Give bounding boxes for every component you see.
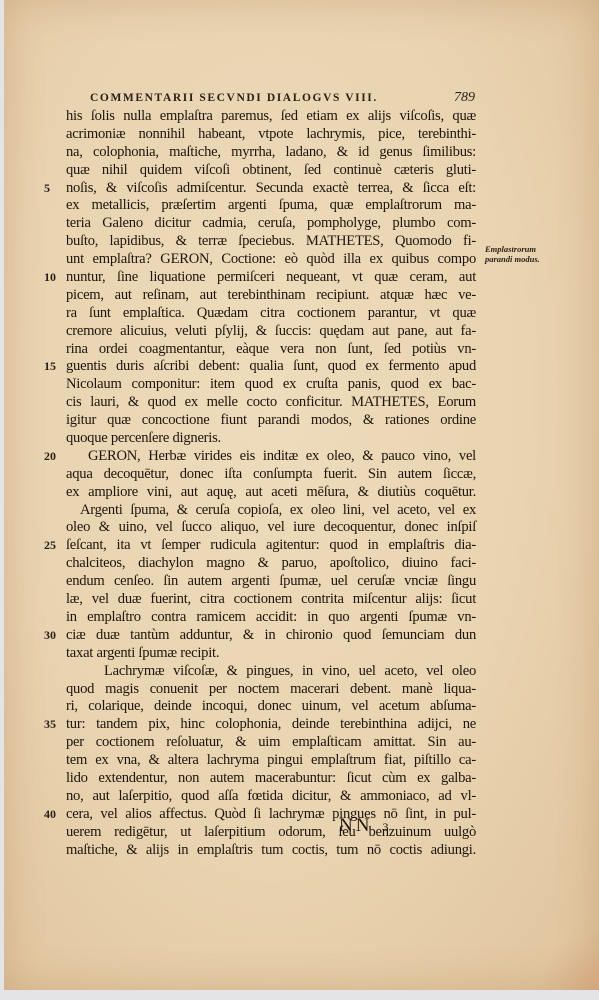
text-line: Argenti ſpuma, & ceruſa copioſa, ex oleo… [66, 502, 476, 520]
text-line: 5noſis, & viſcoſis admiſcentur. Secunda … [66, 180, 476, 198]
signature-letters: NN [339, 815, 372, 836]
signature-mark: NN3 [339, 815, 388, 837]
text-line: 30ciæ duæ tantùm adduntur, & in chironio… [66, 627, 476, 645]
text-line: picem, aut reſinam, aut terebinthinam re… [66, 287, 476, 305]
text-line: cremore alicuius, veluti pſylij, & ſucci… [66, 323, 476, 341]
text-line: quæ nihil quidem viſcoſi obtinent, ſed c… [66, 162, 476, 180]
margin-note-line-1: Emplastrorum [485, 244, 565, 254]
page-stain [539, 930, 599, 990]
line-number: 15 [44, 358, 56, 376]
text-line: igitur quæ concoctione fiunt parandi mod… [66, 412, 476, 430]
text-line: teria Galeno dicitur cadmia, ceruſa, pom… [66, 215, 476, 233]
text-line: in emplaſtro contra ramicem accidit: in … [66, 609, 476, 627]
margin-note-line-2: parandi modus. [485, 254, 565, 264]
text-line: na, colophonia, maſtiche, myrrha, ladano… [66, 144, 476, 162]
line-number: 20 [44, 448, 56, 466]
text-line: 25ſeſcant, ita vt ſemper rudicula agiten… [66, 537, 476, 555]
text-line: 10nuntur, ſine liquatione permiſceri neq… [66, 269, 476, 287]
running-head: COMMENTARII SECVNDI DIALOGVS VIII. 789 [90, 91, 475, 107]
text-line: rina ordei coagmentantur, eàque vera non… [66, 341, 476, 359]
text-line: 15guentis duris aſcribi debent: qualia ſ… [66, 358, 476, 376]
text-line: Nicolaum componitur: item quod ex cruſta… [66, 376, 476, 394]
text-line: quoque percenſere digneris. [66, 430, 476, 448]
line-number: 25 [44, 537, 56, 555]
text-line: taxat argenti ſpumæ recipit. [66, 645, 476, 663]
running-head-title: COMMENTARII SECVNDI DIALOGVS VIII. [90, 92, 378, 104]
text-line: ex metallicis, præſertim argenti ſpuma, … [66, 197, 476, 215]
text-line: acrimoniæ nonnihil habeant, vtpote lachr… [66, 126, 476, 144]
text-line: endum cenſeo. ſin autem argenti ſpumæ, u… [66, 573, 476, 591]
text-line: 35tur: tandem pix, hinc colophonia, dein… [66, 716, 476, 734]
text-line: læ, vel duæ fuerint, citra coctionem con… [66, 591, 476, 609]
text-line: no, aut laſerpitio, quod aſſa fœtida dic… [66, 788, 476, 806]
margin-note: Emplastrorum parandi modus. [485, 244, 565, 264]
text-line: cis lauri, & quod ex melle coctо confici… [66, 394, 476, 412]
signature-number: 3 [382, 820, 388, 834]
text-line: quod magis conuenit per noctem macerari … [66, 681, 476, 699]
text-line: lido extendentur, non autem macerabuntur… [66, 770, 476, 788]
text-line: per coctionem reſoluatur, & uim emplaſti… [66, 734, 476, 752]
text-line: 20GERON, Herbæ virides eis inditæ ex ole… [66, 448, 476, 466]
page-number: 789 [454, 90, 475, 106]
text-line: ri, colarique, deinde incoqui, donec uin… [66, 698, 476, 716]
body-text: his ſolis nulla emplaſtra paremus, ſed e… [66, 108, 476, 859]
text-line: ra ſunt emplaſtica. Quædam citra coction… [66, 305, 476, 323]
text-line: chalciteos, diachylon magno & paruo, apo… [66, 555, 476, 573]
line-number: 35 [44, 716, 56, 734]
text-line: unt emplaſtra? GERON, Coctione: eò quòd … [66, 251, 476, 269]
line-number: 40 [44, 806, 56, 824]
text-line: ex ampliore vini, aut aquę, aut aceti mē… [66, 484, 476, 502]
book-page: COMMENTARII SECVNDI DIALOGVS VIII. 789 E… [4, 0, 599, 990]
line-number: 5 [44, 180, 50, 198]
text-line: tem ex vna, & altera lachryma pingui emp… [66, 752, 476, 770]
text-line: Lachrymæ viſcoſæ, & pingues, in vino, ue… [66, 663, 476, 681]
text-line: buſto, lapidibus, & terræ ſpeciebus. MAT… [66, 233, 476, 251]
line-number: 10 [44, 269, 56, 287]
text-line: oleo & uino, vel ſucco aliquo, vel iure … [66, 519, 476, 537]
line-number: 30 [44, 627, 56, 645]
text-line: maſtiche, & alijs in emplaſtris tum coct… [66, 842, 476, 860]
text-line: 40cera, vel alios affectus. Quòd ſi lach… [66, 806, 476, 824]
text-line: uerem redigētur, ut laſerpitium odorum, … [66, 824, 476, 842]
text-line: aqua decoquētur, donec iſta conſumpta fu… [66, 466, 476, 484]
text-line: his ſolis nulla emplaſtra paremus, ſed e… [66, 108, 476, 126]
